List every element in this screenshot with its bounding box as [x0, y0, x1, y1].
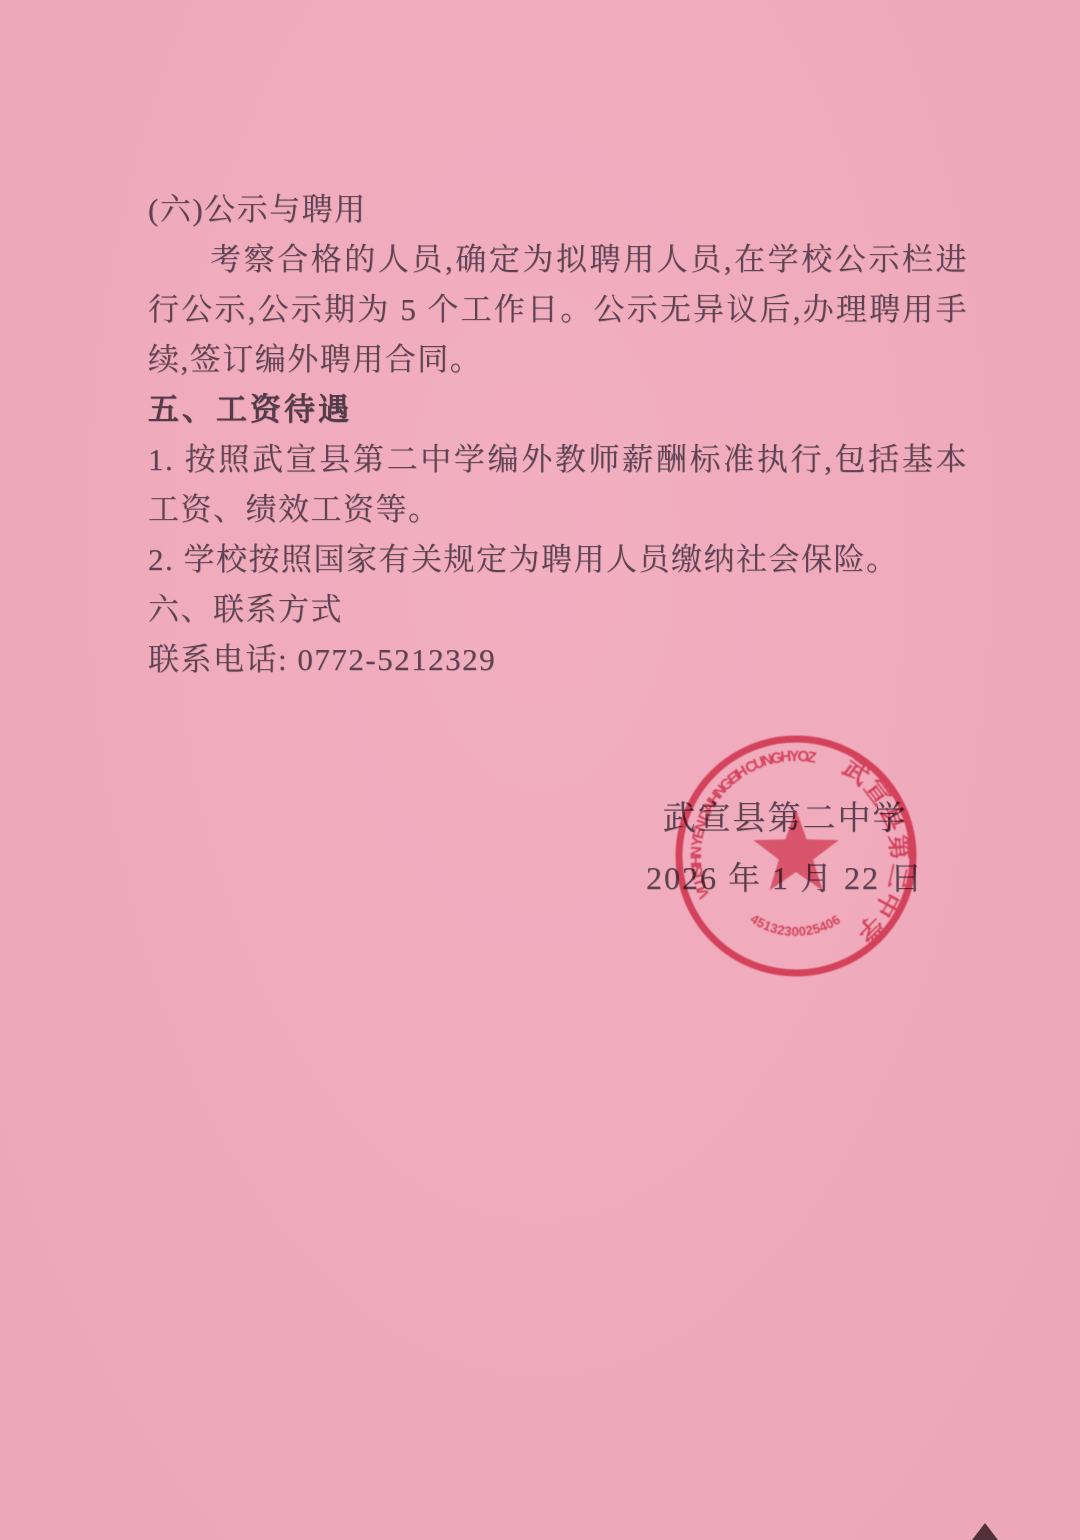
- signature-org: 武宣县第二中学: [580, 792, 990, 839]
- section-heading-contact: 六、联系方式: [148, 585, 968, 635]
- seal-serial-number: 4513230025406: [748, 911, 845, 940]
- signature-block: 武宣县第二中学 2026 年 1 月 22 日: [580, 792, 990, 899]
- contact-phone-line: 联系电话: 0772-5212329: [148, 635, 968, 685]
- section-heading-public-notice: (六)公示与聘用: [148, 185, 968, 235]
- paragraph-inspection-and-hiring: 考察合格的人员,确定为拟聘用人员,在学校公示栏进行公示,公示期为 5 个工作日。…: [148, 235, 968, 385]
- document-body: (六)公示与聘用 考察合格的人员,确定为拟聘用人员,在学校公示栏进行公示,公示期…: [148, 185, 968, 685]
- section-heading-salary: 五、工资待遇: [148, 385, 968, 435]
- item-social-insurance: 2. 学校按照国家有关规定为聘用人员缴纳社会保险。: [148, 535, 968, 585]
- signature-date: 2026 年 1 月 22 日: [580, 853, 990, 899]
- scanned-document-page: (六)公示与聘用 考察合格的人员,确定为拟聘用人员,在学校公示栏进行公示,公示期…: [0, 0, 1080, 1540]
- item-salary-standard: 1. 按照武宣县第二中学编外教师薪酬标准执行,包括基本工资、绩效工资等。: [148, 435, 968, 535]
- scan-artifact-mark: [972, 1523, 998, 1540]
